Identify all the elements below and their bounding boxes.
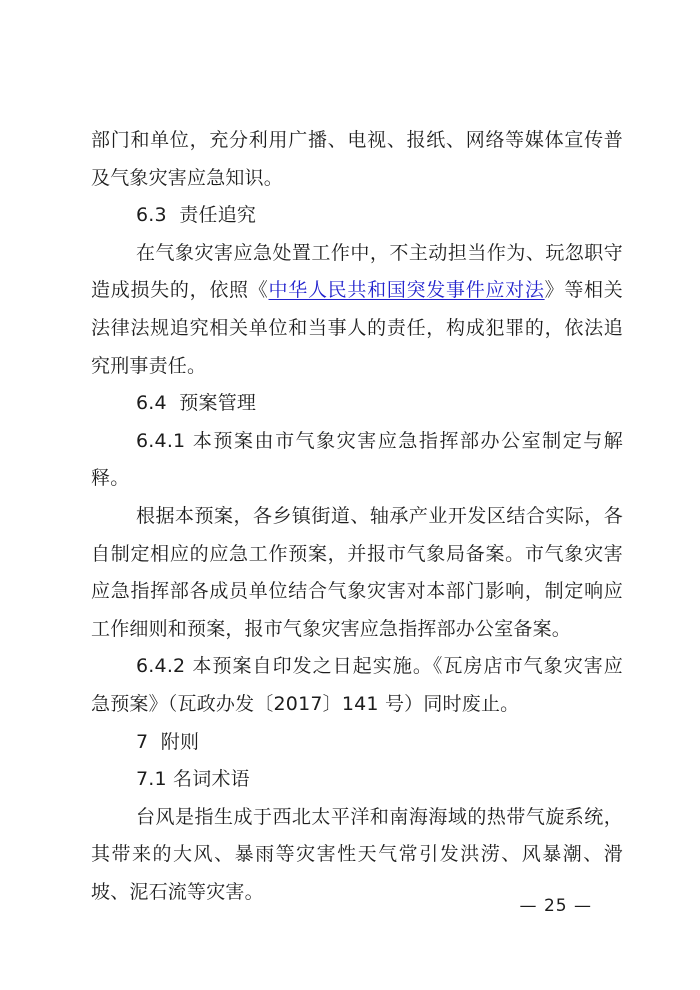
page-number: — 25 — (520, 894, 592, 918)
paragraph-filing-requirements: 根据本预案，各乡镇街道、轴承产业开发区结合实际，各自制定相应的应急工作预案，并报… (91, 498, 623, 648)
paragraph-accountability: 在气象灾害应急处置工作中，不主动担当作为、玩忽职守造成损失的，依照《中华人民共和… (91, 235, 623, 385)
paragraph-6-4-1-interpretation: 6.4.1 本预案由市气象灾害应急指挥部办公室制定与解释。 (91, 423, 623, 498)
law-link-emergency-response-law[interactable]: 中华人民共和国突发事件应对法 (269, 279, 545, 301)
document-body: 部门和单位，充分利用广播、电视、报纸、网络等媒体宣传普及气象灾害应急知识。 6.… (91, 122, 623, 911)
heading-7-1-terminology: 7.1 名词术语 (91, 761, 623, 799)
heading-6-4-plan-management: 6.4 预案管理 (91, 385, 623, 423)
paragraph-publicity: 部门和单位，充分利用广播、电视、报纸、网络等媒体宣传普及气象灾害应急知识。 (91, 122, 623, 197)
paragraph-6-4-2-effective-date: 6.4.2 本预案自印发之日起实施。《瓦房店市气象灾害应急预案》（瓦政办发〔20… (91, 648, 623, 723)
document-page: 部门和单位，充分利用广播、电视、报纸、网络等媒体宣传普及气象灾害应急知识。 6.… (0, 0, 700, 990)
heading-7-supplementary: 7 附则 (91, 724, 623, 762)
heading-6-3-responsibility: 6.3 责任追究 (91, 197, 623, 235)
